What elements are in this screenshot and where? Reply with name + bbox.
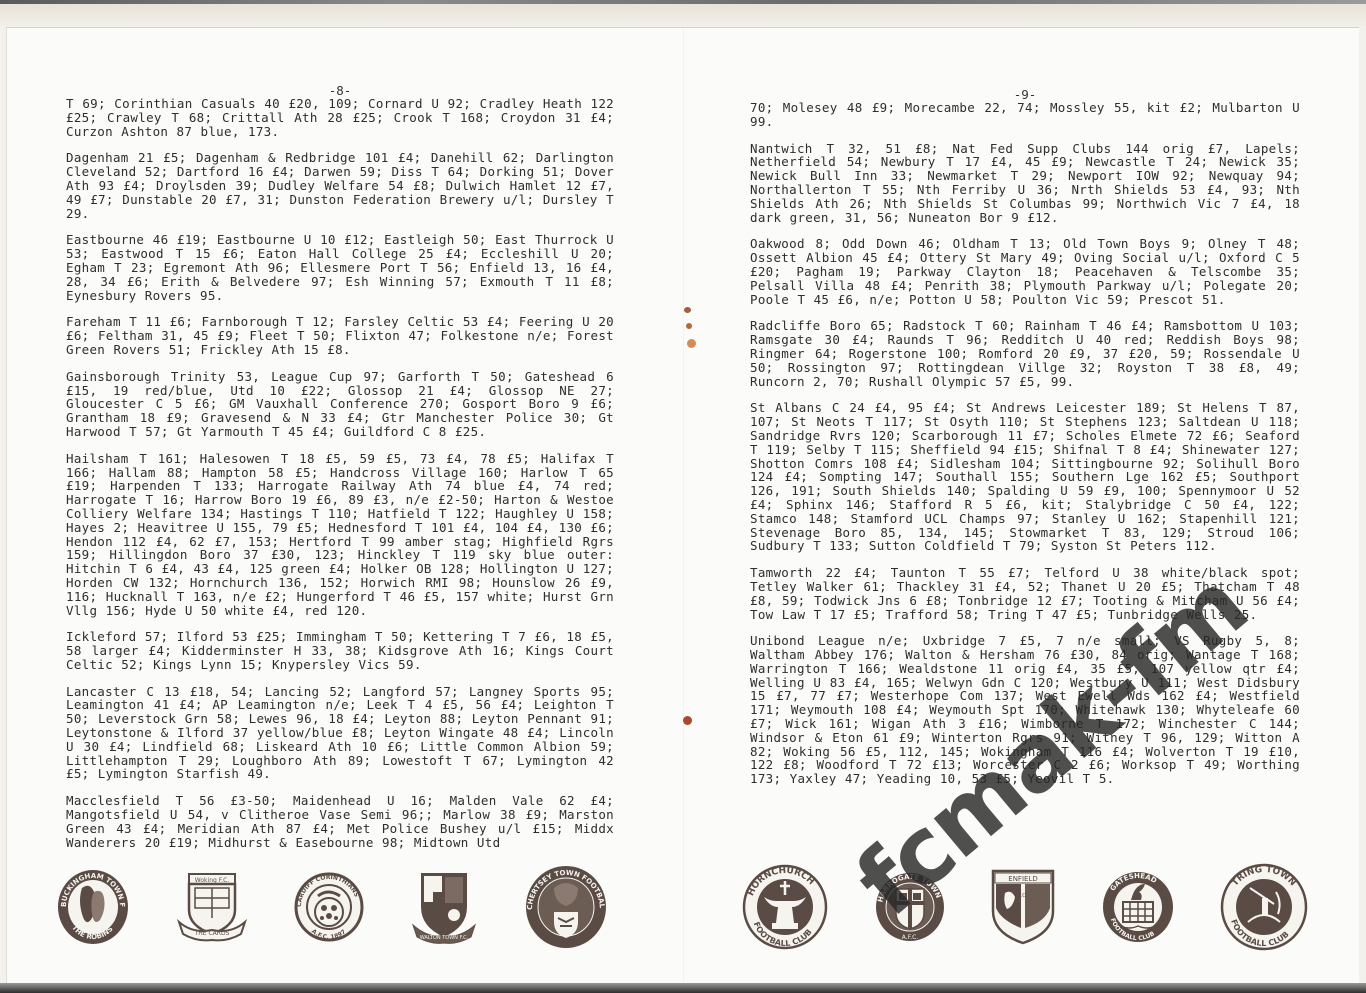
club-index-paragraph: T 69; Corinthian Casuals 40 £20, 109; Co… xyxy=(66,97,614,138)
club-index-paragraph: Macclesfield T 56 £3-50; Maidenhead U 16… xyxy=(66,794,614,849)
stain-mark xyxy=(683,716,692,725)
svg-text:F.C.: F.C. xyxy=(1019,893,1028,899)
svg-text:A.F.C.: A.F.C. xyxy=(901,934,917,941)
club-index-paragraph: St Albans C 24 £4, 95 £4; St Andrews Lei… xyxy=(750,401,1300,553)
woking-crest-icon: Woking F.C. THE CARDS xyxy=(175,872,249,942)
crest-row-left: BUCKINGHAM TOWN F.C. THE ROBINS Woking F… xyxy=(56,862,608,952)
club-index-paragraph: Fareham T 11 £6; Farnborough T 12; Farsl… xyxy=(66,315,614,356)
club-index-paragraph: Ickleford 57; Ilford 53 £25; Immingham T… xyxy=(66,630,614,671)
svg-text:ENFIELD: ENFIELD xyxy=(1008,875,1037,883)
club-index-paragraph: Oakwood 8; Odd Down 46; Oldham T 13; Old… xyxy=(750,237,1300,306)
page-8: -8- T 69; Corinthian Casuals 40 £20, 109… xyxy=(66,84,614,862)
page-9: -9- 70; Molesey 48 £9; Morecambe 22, 74;… xyxy=(750,88,1300,799)
svg-text:THE CARDS: THE CARDS xyxy=(194,930,230,937)
scan-top-shadow xyxy=(0,4,1366,26)
crest-row-right: HORNCHURCH FOOTBALL CLUB HARROGATE TOWN … xyxy=(742,862,1308,952)
club-index-paragraph: Dagenham 21 £5; Dagenham & Redbridge 101… xyxy=(66,151,614,220)
club-index-paragraph: Unibond League n/e; Uxbridge 7 £5, 7 n/e… xyxy=(750,634,1300,786)
enfield-crest-icon: ENFIELD F.C. xyxy=(991,869,1055,945)
scan-bottom-edge xyxy=(0,983,1366,993)
chertsey-town-crest-icon: CHERTSEY TOWN FOOTBALL CLUB xyxy=(524,864,608,950)
club-index-paragraph: Radcliffe Boro 65; Radstock T 60; Rainha… xyxy=(750,319,1300,388)
svg-text:WALTON TOWN F.C.: WALTON TOWN F.C. xyxy=(420,935,469,941)
club-index-paragraph: Hailsham T 161; Halesowen T 18 £5, 59 £5… xyxy=(66,452,614,618)
buckingham-town-crest-icon: BUCKINGHAM TOWN F.C. THE ROBINS xyxy=(56,868,130,946)
stain-mark xyxy=(684,307,691,313)
hornchurch-crest-icon: HORNCHURCH FOOTBALL CLUB xyxy=(742,863,828,951)
harrogate-town-crest-icon: HARROGATE TOWN A.F.C. xyxy=(874,869,946,945)
club-index-paragraph: Gainsborough Trinity 53, League Cup 97; … xyxy=(66,370,614,439)
club-index-paragraph: Lancaster C 13 £18, 54; Lancing 52; Lang… xyxy=(66,685,614,782)
gateshead-crest-icon: GATESHEAD FOOTBALL CLUB xyxy=(1101,868,1175,946)
stain-mark xyxy=(687,339,696,348)
club-index-paragraph: 70; Molesey 48 £9; Morecambe 22, 74; Mos… xyxy=(750,101,1300,129)
club-index-paragraph: Nantwich T 32, 51 £8; Nat Fed Supp Clubs… xyxy=(750,142,1300,225)
walton-town-crest-icon: WALTON TOWN F.C. xyxy=(409,869,479,945)
tring-town-crest-icon: TRING TOWN FOOTBALL CLUB xyxy=(1220,862,1308,952)
center-fold xyxy=(683,27,684,982)
stain-mark xyxy=(686,323,692,329)
club-index-paragraph: Eastbourne 46 £19; Eastbourne U 10 £12; … xyxy=(66,233,614,302)
cardiff-corinthians-crest-icon: CARDIFF CORINTHIANS A.F.C. 1897 xyxy=(294,872,364,942)
club-index-paragraph: Tamworth 22 £4; Taunton T 55 £7; Telford… xyxy=(750,566,1300,621)
